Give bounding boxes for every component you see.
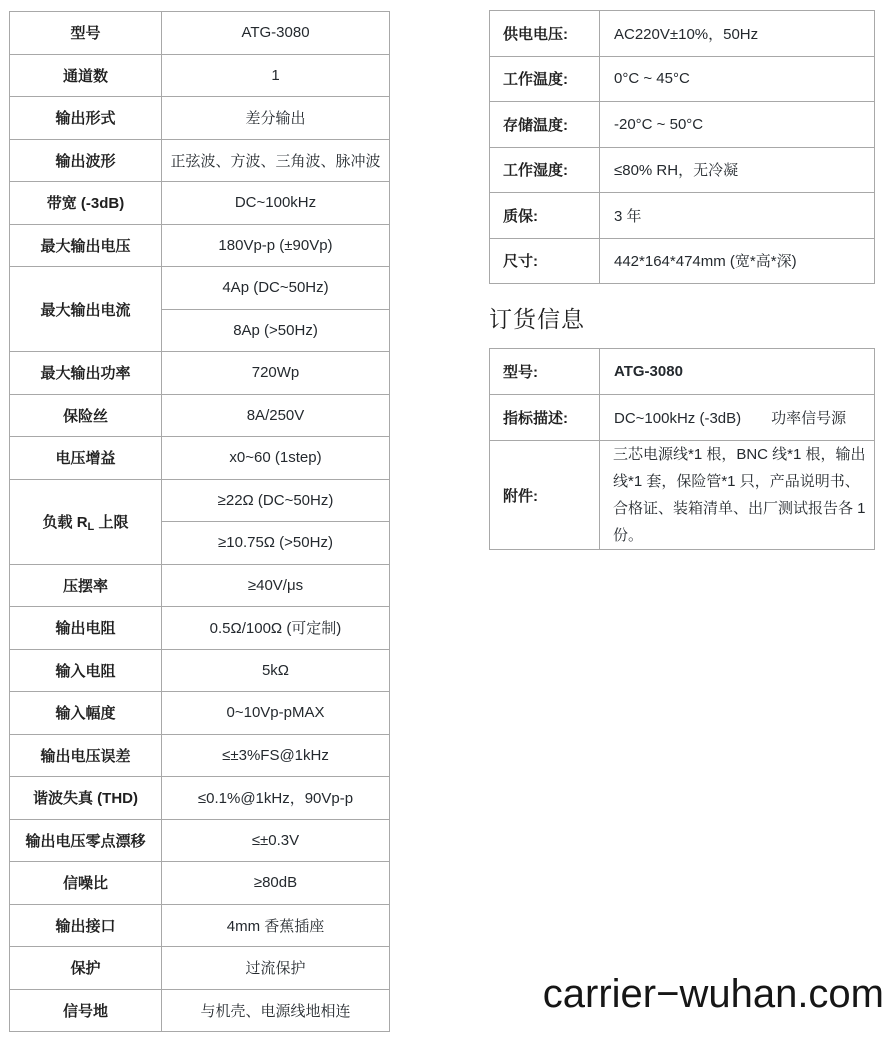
spec-label: 指标描述: <box>490 395 600 441</box>
table-row: 输入电阻 5kΩ <box>10 649 390 692</box>
spec-label: 输出波形 <box>10 139 162 182</box>
table-row: 输出电压零点漂移 ≤±0.3V <box>10 819 390 862</box>
table-row: 输出电压误差 ≤±3%FS@1kHz <box>10 734 390 777</box>
order-info-heading: 订货信息 <box>489 301 585 334</box>
spec-label: 型号: <box>490 349 600 395</box>
table-row: 通道数 1 <box>10 54 390 97</box>
spec-value: ≤±0.3V <box>162 819 390 862</box>
spec-label: 型号 <box>10 12 162 55</box>
table-row: 压摆率 ≥40V/μs <box>10 564 390 607</box>
table-row: 信噪比 ≥80dB <box>10 862 390 905</box>
spec-value: 4Ap (DC~50Hz) <box>162 267 390 310</box>
spec-value: 4mm 香蕉插座 <box>162 904 390 947</box>
spec-value: DC~100kHz (-3dB) 功率信号源 <box>600 395 875 441</box>
table-row: 最大输出电流 4Ap (DC~50Hz) <box>10 267 390 310</box>
table-row: 质保: 3 年 <box>490 193 875 239</box>
spec-value: 8A/250V <box>162 394 390 437</box>
spec-label: 保险丝 <box>10 394 162 437</box>
spec-value: ≥22Ω (DC~50Hz) <box>162 479 390 522</box>
spec-label: 保护 <box>10 947 162 990</box>
table-row: 电压增益 x0~60 (1step) <box>10 437 390 480</box>
spec-value: DC~100kHz <box>162 182 390 225</box>
spec-label: 电压增益 <box>10 437 162 480</box>
spec-label: 尺寸: <box>490 238 600 284</box>
spec-label: 输出电压零点漂移 <box>10 819 162 862</box>
spec-value: 180Vp-p (±90Vp) <box>162 224 390 267</box>
spec-value: ≥10.75Ω (>50Hz) <box>162 522 390 565</box>
table-row: 输出波形 正弦波、方波、三角波、脉冲波 <box>10 139 390 182</box>
spec-value: 3 年 <box>600 193 875 239</box>
spec-value: 5kΩ <box>162 649 390 692</box>
spec-label: 供电电压: <box>490 11 600 57</box>
spec-value: ≤±3%FS@1kHz <box>162 734 390 777</box>
spec-value: 8Ap (>50Hz) <box>162 309 390 352</box>
main-spec-table: 型号 ATG-3080 通道数 1 输出形式 差分输出 输出波形 正弦波、方波、… <box>9 11 390 1032</box>
spec-value: 三芯电源线*1 根，BNC 线*1 根，输出线*1 套，保险管*1 只，产品说明… <box>600 441 875 550</box>
spec-label: 带宽 (-3dB) <box>10 182 162 225</box>
spec-label: 输出接口 <box>10 904 162 947</box>
table-row: 输入幅度 0~10Vp-pMAX <box>10 692 390 735</box>
spec-value: 过流保护 <box>162 947 390 990</box>
spec-label: 输出电压误差 <box>10 734 162 777</box>
spec-label: 输入电阻 <box>10 649 162 692</box>
spec-label: 谐波失真 (THD) <box>10 777 162 820</box>
order-info-table: 型号: ATG-3080 指标描述: DC~100kHz (-3dB) 功率信号… <box>489 348 875 550</box>
table-row: 信号地 与机壳、电源线地相连 <box>10 989 390 1032</box>
spec-value: 0.5Ω/100Ω (可定制) <box>162 607 390 650</box>
spec-label: 信噪比 <box>10 862 162 905</box>
table-row: 谐波失真 (THD) ≤0.1%@1kHz，90Vp-p <box>10 777 390 820</box>
load-label-prefix: 负载 R <box>43 514 88 531</box>
spec-label: 工作湿度: <box>490 147 600 193</box>
spec-label: 压摆率 <box>10 564 162 607</box>
spec-value: x0~60 (1step) <box>162 437 390 480</box>
spec-label: 质保: <box>490 193 600 239</box>
spec-value: 1 <box>162 54 390 97</box>
table-row: 带宽 (-3dB) DC~100kHz <box>10 182 390 225</box>
spec-label: 最大输出电流 <box>10 267 162 352</box>
table-row: 保护 过流保护 <box>10 947 390 990</box>
spec-value: 0~10Vp-pMAX <box>162 692 390 735</box>
table-row: 型号: ATG-3080 <box>490 349 875 395</box>
spec-label: 信号地 <box>10 989 162 1032</box>
table-row: 工作湿度: ≤80% RH，无冷凝 <box>490 147 875 193</box>
spec-label: 存储温度: <box>490 102 600 148</box>
table-row: 最大输出电压 180Vp-p (±90Vp) <box>10 224 390 267</box>
spec-value: 0°C ~ 45°C <box>600 56 875 102</box>
spec-label: 附件: <box>490 441 600 550</box>
spec-value: ≤80% RH，无冷凝 <box>600 147 875 193</box>
spec-label: 工作温度: <box>490 56 600 102</box>
spec-value: 差分输出 <box>162 97 390 140</box>
table-row: 保险丝 8A/250V <box>10 394 390 437</box>
table-row: 输出电阻 0.5Ω/100Ω (可定制) <box>10 607 390 650</box>
table-row: 附件: 三芯电源线*1 根，BNC 线*1 根，输出线*1 套，保险管*1 只，… <box>490 441 875 550</box>
spec-label: 最大输出电压 <box>10 224 162 267</box>
spec-value: 与机壳、电源线地相连 <box>162 989 390 1032</box>
spec-value: AC220V±10%，50Hz <box>600 11 875 57</box>
spec-label: 输出形式 <box>10 97 162 140</box>
table-row: 负载 RL 上限 ≥22Ω (DC~50Hz) <box>10 479 390 522</box>
table-row: 尺寸: 442*164*474mm (宽*高*深) <box>490 238 875 284</box>
spec-label: 输出电阻 <box>10 607 162 650</box>
spec-value: 720Wp <box>162 352 390 395</box>
spec-page: 型号 ATG-3080 通道数 1 输出形式 差分输出 输出波形 正弦波、方波、… <box>0 0 885 1043</box>
spec-value: ≥80dB <box>162 862 390 905</box>
general-spec-table: 供电电压: AC220V±10%，50Hz 工作温度: 0°C ~ 45°C 存… <box>489 10 875 284</box>
spec-label: 输入幅度 <box>10 692 162 735</box>
table-row: 指标描述: DC~100kHz (-3dB) 功率信号源 <box>490 395 875 441</box>
table-row: 存储温度: -20°C ~ 50°C <box>490 102 875 148</box>
table-row: 工作温度: 0°C ~ 45°C <box>490 56 875 102</box>
spec-value: 442*164*474mm (宽*高*深) <box>600 238 875 284</box>
spec-value: ATG-3080 <box>162 12 390 55</box>
spec-label: 最大输出功率 <box>10 352 162 395</box>
spec-value: ≤0.1%@1kHz，90Vp-p <box>162 777 390 820</box>
spec-value: 正弦波、方波、三角波、脉冲波 <box>162 139 390 182</box>
spec-label: 负载 RL 上限 <box>10 479 162 564</box>
spec-value: -20°C ~ 50°C <box>600 102 875 148</box>
table-row: 输出接口 4mm 香蕉插座 <box>10 904 390 947</box>
watermark-text: carrier−wuhan.com <box>543 972 884 1017</box>
table-row: 供电电压: AC220V±10%，50Hz <box>490 11 875 57</box>
load-label-suffix: 上限 <box>94 514 128 531</box>
spec-value: ATG-3080 <box>600 349 875 395</box>
spec-label: 通道数 <box>10 54 162 97</box>
table-row: 最大输出功率 720Wp <box>10 352 390 395</box>
table-row: 型号 ATG-3080 <box>10 12 390 55</box>
table-row: 输出形式 差分输出 <box>10 97 390 140</box>
spec-value: ≥40V/μs <box>162 564 390 607</box>
